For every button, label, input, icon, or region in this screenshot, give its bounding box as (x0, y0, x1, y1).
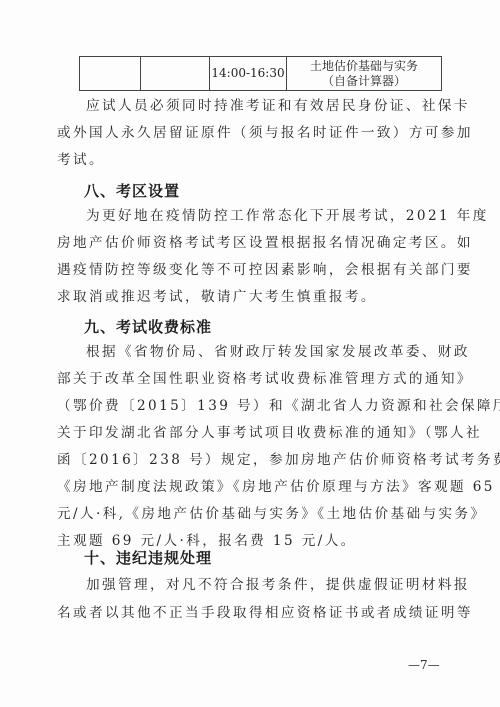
paragraph-line: 元/人·科,《房地产估价基础与实务》《土地估价基础与实务》 (57, 505, 423, 523)
table-cell-empty-1 (80, 57, 141, 91)
paragraph-line: 加强管理，对凡不符合报考条件，提供虚假证明材料报 (86, 576, 452, 594)
paragraph-line: 求取消或推迟考试，敬请广大考生慎重报考。 (57, 288, 423, 306)
paragraph-line: 考试。 (57, 151, 423, 169)
paragraph-line: 遇疫情防控等级变化等不可控因素影响，会根据有关部门要 (57, 261, 423, 279)
paragraph-line: 《房地产制度法规政策》《房地产估价原理与方法》客观题 65 (57, 478, 423, 496)
paragraph-line: 根据《省物价局、省财政厅转发国家发展改革委、财政 (86, 343, 452, 361)
page-number: —7— (408, 658, 440, 672)
section-heading-10: 十、违纪违规处理 (84, 547, 212, 568)
table-cell-empty-2 (141, 57, 210, 91)
paragraph-line: （鄂价费〔2015〕139 号）和《湖北省人力资源和社会保障厅 (57, 397, 423, 415)
paragraph-line: 或外国人永久居留证原件（须与报名时证件一致）方可参加 (57, 124, 423, 142)
table-cell-time: 14:00-16:30 (210, 57, 287, 91)
section-heading-8: 八、考区设置 (84, 180, 180, 201)
paragraph-line: 名或者以其他不正当手段取得相应资格证书或者成绩证明等 (57, 604, 423, 622)
subject-name: 土地估价基础与实务 (287, 59, 441, 74)
paragraph-line: 函〔2016〕238 号）规定，参加房地产估价师资格考试考务费 (57, 451, 423, 469)
table-row: 14:00-16:30 土地估价基础与实务 （自备计算器） (80, 57, 442, 91)
document-page: 14:00-16:30 土地估价基础与实务 （自备计算器） 应试人员必须同时持准… (0, 0, 500, 707)
paragraph-line: 部关于改革全国性职业资格考试收费标准管理方式的通知》 (57, 370, 423, 388)
subject-note: （自备计算器） (287, 74, 441, 89)
exam-schedule-table: 14:00-16:30 土地估价基础与实务 （自备计算器） (79, 56, 442, 91)
paragraph-line: 关于印发湖北省部分人事考试项目收费标准的通知》（鄂人社 (57, 424, 423, 442)
table-cell-subject: 土地估价基础与实务 （自备计算器） (287, 57, 442, 91)
section-heading-9: 九、考试收费标准 (84, 316, 212, 337)
paragraph-line: 为更好地在疫情防控工作常态化下开展考试，2021 年度 (86, 207, 452, 225)
paragraph-line: 应试人员必须同时持准考证和有效居民身份证、社保卡 (86, 97, 452, 115)
paragraph-line: 房地产估价师资格考试考区设置根据报名情况确定考区。如 (57, 234, 423, 252)
